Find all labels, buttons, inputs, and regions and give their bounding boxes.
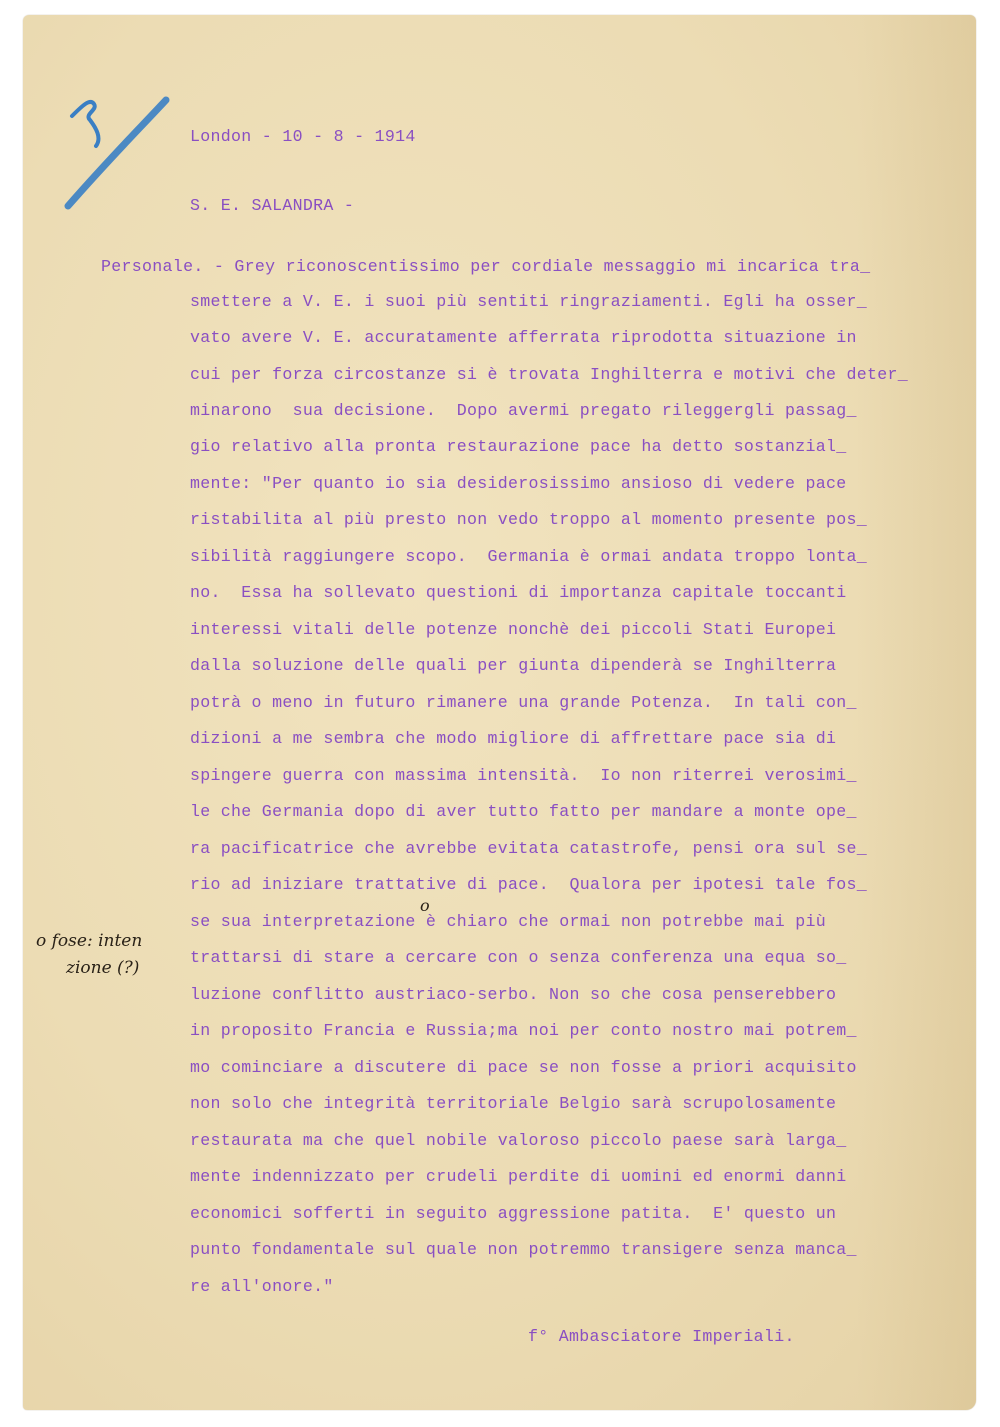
body-line: potrà o meno in futuro rimanere una gran… [190, 693, 857, 713]
body-line: sibilità raggiungere scopo. Germania è o… [190, 547, 867, 567]
body-line: ra pacificatrice che avrebbe evitata cat… [190, 839, 867, 859]
body-line: mente: "Per quanto io sia desiderosissim… [190, 474, 847, 494]
body-line: economici sofferti in seguito aggression… [190, 1204, 836, 1224]
body-line: minarono sua decisione. Dopo avermi preg… [190, 401, 857, 421]
body-line: dalla soluzione delle quali per giunta d… [190, 656, 836, 676]
insertion-mark: o [420, 896, 430, 915]
body-line: mente indennizzato per crudeli perdite d… [190, 1167, 847, 1187]
signature: f° Ambasciatore Imperiali. [528, 1327, 795, 1347]
body-line: smettere a V. E. i suoi più sentiti ring… [190, 292, 867, 312]
margin-note-line1: o fose: inten [36, 931, 142, 951]
body-line: se sua interpretazione è chiaro che orma… [190, 912, 826, 932]
body-line: ristabilita al più presto non vedo tropp… [190, 510, 867, 530]
body-line: punto fondamentale sul quale non potremm… [190, 1240, 857, 1260]
body-line: in proposito Francia e Russia;ma noi per… [190, 1021, 857, 1041]
body-line: interessi vitali delle potenze nonchè de… [190, 620, 836, 640]
body-line: mo cominciare a discutere di pace se non… [190, 1058, 857, 1078]
body-line: re all'onore." [190, 1277, 334, 1297]
blue-pencil-mark-icon [60, 88, 170, 218]
body-line: cui per forza circostanze si è trovata I… [190, 365, 908, 385]
body-line: restaurata ma che quel nobile valoroso p… [190, 1131, 847, 1151]
addressee: S. E. SALANDRA - [190, 196, 354, 216]
body-line: spingere guerra con massima intensità. I… [190, 766, 857, 786]
body-line: dizioni a me sembra che modo migliore di… [190, 729, 836, 749]
body-line: gio relativo alla pronta restaurazione p… [190, 437, 847, 457]
body-line: le che Germania dopo di aver tutto fatto… [190, 802, 857, 822]
body-line: luzione conflitto austriaco-serbo. Non s… [190, 985, 836, 1005]
body-line: trattarsi di stare a cercare con o senza… [190, 948, 847, 968]
body-line: non solo che integrità territoriale Belg… [190, 1094, 836, 1114]
body-line: vato avere V. E. accuratamente afferrata… [190, 328, 857, 348]
body-line: rio ad iniziare trattative di pace. Qual… [190, 875, 867, 895]
margin-note-line2: zione (?) [66, 958, 139, 978]
body-line: no. Essa ha sollevato questioni di impor… [190, 583, 847, 603]
body-line: Personale. - Grey riconoscentissimo per … [101, 257, 870, 277]
date-line: London - 10 - 8 - 1914 [190, 127, 416, 147]
